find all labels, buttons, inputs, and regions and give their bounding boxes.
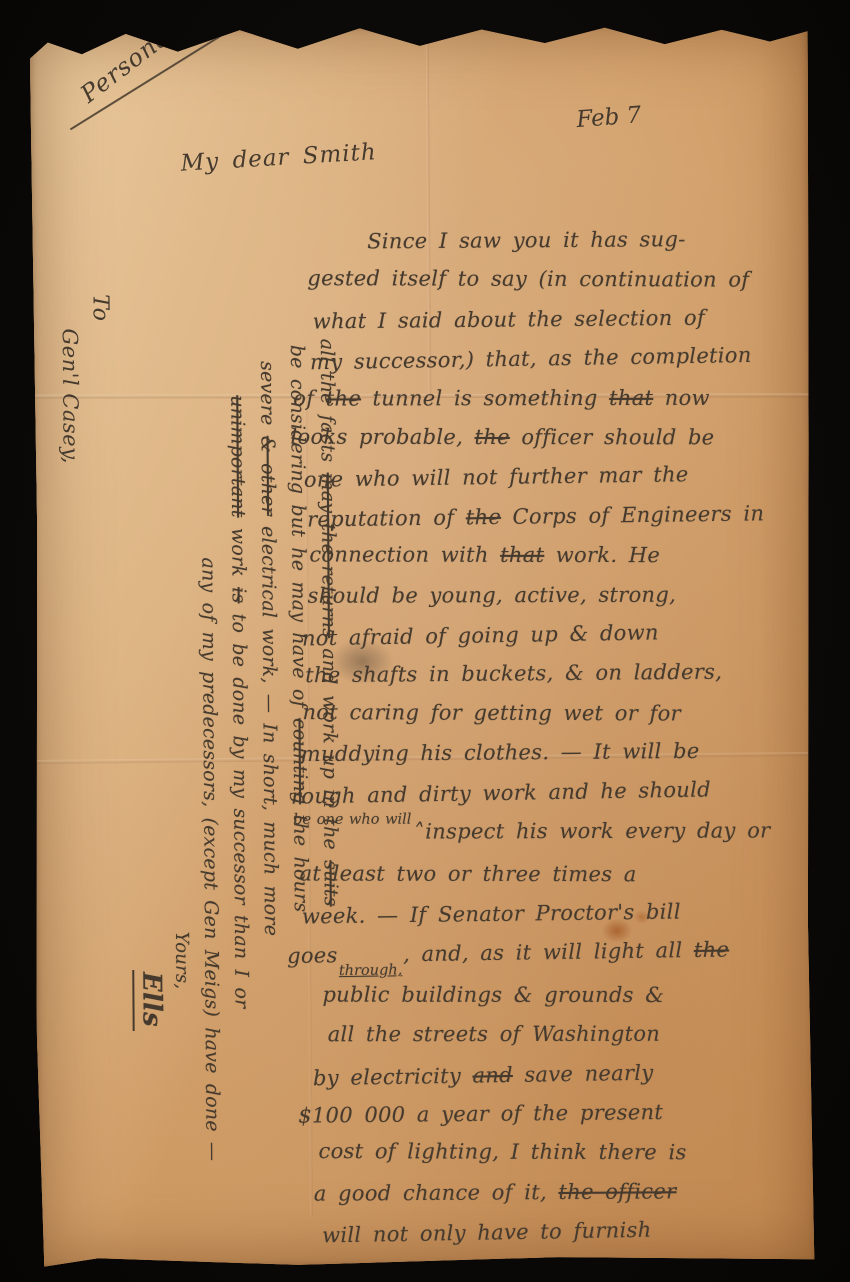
body-line: the shafts in buckets, & on ladders, bbox=[305, 652, 825, 696]
body-line: will not only have to furnish bbox=[322, 1208, 843, 1256]
letter-paper: Personal Feb 7 My dear Smith Since I saw… bbox=[30, 23, 817, 1268]
body-line: a good chance of it, the officer bbox=[314, 1171, 834, 1214]
address-docket-line: Gen'l Casey, bbox=[54, 294, 88, 724]
body-line: one who will not further mar the bbox=[304, 454, 825, 501]
body-line: by electricity and save nearly bbox=[313, 1050, 834, 1098]
body-line: $100 000 a year of the present bbox=[298, 1091, 818, 1136]
body-line: not caring for getting wet or for bbox=[302, 693, 822, 734]
margin-note-rotated: all the facts may the returns and work u… bbox=[132, 333, 348, 1180]
closing: Yours, bbox=[162, 334, 198, 1180]
margin-note-line: be considering but he may have of counti… bbox=[282, 333, 318, 1179]
body-line: goesthrough,, and, as it will light all … bbox=[287, 930, 808, 980]
address-docket-rotated: ToGen'l Casey, bbox=[54, 294, 119, 724]
body-line: public buildings & grounds & bbox=[322, 975, 842, 1015]
body-line: cost of lighting, I think there is bbox=[318, 1132, 838, 1173]
margin-note-line: all the facts may the returns and work u… bbox=[312, 333, 348, 1179]
body-line: connection with that work. He bbox=[309, 536, 829, 576]
body-line: my successor,) that, as the completion bbox=[310, 335, 831, 383]
margin-note-line: severe & other electrical work, — In sho… bbox=[252, 333, 288, 1179]
body-line: gested itself to say (in continuation of bbox=[307, 260, 827, 301]
body-line: at least two or three times a bbox=[300, 854, 820, 895]
photograph-of-letter: { "photo": { "background_color": "#0c0a0… bbox=[0, 0, 850, 1282]
address-docket-line: To bbox=[85, 294, 119, 724]
body-line: muddying his clothes. — It will be bbox=[301, 731, 821, 775]
margin-note-line: unimportant work is to be done by my suc… bbox=[222, 333, 258, 1179]
body-line: all the streets of Washington bbox=[328, 1015, 848, 1055]
body-line: looks probable, the officer should be bbox=[291, 418, 811, 458]
letter-date: Feb 7 bbox=[575, 102, 642, 133]
signature-monogram: Ells bbox=[132, 334, 168, 1180]
body-line: of the tunnel is something that now bbox=[293, 378, 813, 418]
body-line: reputation of the Corps of Engineers in bbox=[307, 493, 827, 539]
body-line: should be young, active, strong, bbox=[308, 575, 828, 616]
salutation: My dear Smith bbox=[180, 139, 377, 177]
body-line: be one who will˄inspect his work every d… bbox=[293, 811, 813, 855]
body-line: Since I saw you it has sug- bbox=[367, 219, 850, 262]
letter-body: Since I saw you it has sug-gested itself… bbox=[297, 219, 824, 1253]
